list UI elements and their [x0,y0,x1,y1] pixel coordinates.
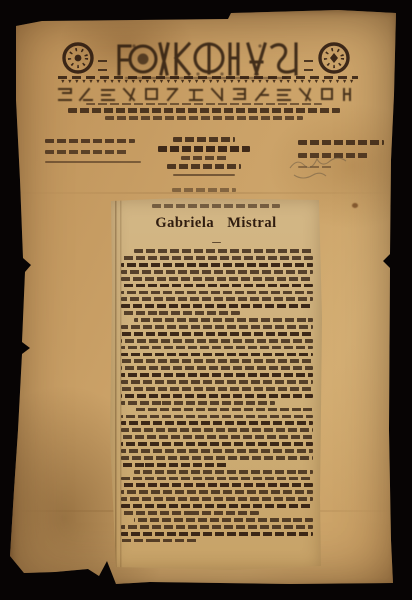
smudged-print-line [105,116,303,120]
masthead-subtitle-line-1 [10,108,398,113]
stencil-underline [10,103,398,105]
smudged-print-line [121,449,313,453]
smudged-print-line [121,297,313,301]
horizontal-crease [14,192,394,194]
smudged-print-line [121,477,313,481]
issue-info-left [45,139,145,163]
body-paragraph [121,249,313,315]
smudged-print-line [45,139,135,143]
masthead-triangle-fringe: ▼▼▼▼▼▼▼▼▼▼▼▼▼▼▼▼▼▼▼▼▼▼▼▼▼▼▼▼▼▼▼▼▼▼▼▼▼▼▼▼… [58,79,358,86]
smudged-print-line [121,539,198,543]
smudged-print-line [121,332,313,336]
masthead-stencil-banner [56,86,360,103]
article-body [121,249,313,542]
smudged-print-line [121,428,313,432]
article-title: Gabriela Mistral [110,215,322,232]
smudged-print-line [121,525,313,529]
smudged-print-line [121,325,313,329]
smudged-print-line [121,401,275,405]
rosette-left-icon [60,40,96,76]
smudged-print-line [172,188,236,192]
smudged-print-line [121,421,313,425]
smudged-print-line [86,103,322,105]
smudged-print-line [121,504,313,508]
ink-stain [352,203,358,208]
smudged-print-line [121,311,240,315]
smudged-print-line [121,442,313,446]
smudged-print-line [45,161,141,163]
smudged-print-line [134,470,313,474]
smudged-print-line [121,284,313,288]
article-dateline [110,198,322,208]
smudged-print-line [121,394,313,398]
smudged-print-line [134,518,313,522]
smudged-print-line [121,435,313,439]
smudged-print-line [121,256,313,260]
smudged-print-line [121,415,313,419]
body-paragraph [121,408,313,467]
smudged-print-line [121,277,313,281]
smudged-print-line [121,270,313,274]
smudged-print-line [134,318,313,322]
pencil-scribble [286,146,350,182]
masthead-dash-left [98,60,107,71]
smudged-print-line [121,490,313,494]
smudged-print-line [121,532,313,536]
smudged-print-line [152,204,280,208]
smudged-print-line [167,164,241,169]
smudged-print-line [173,137,235,142]
smudged-print-line [121,456,313,460]
smudged-print-line [212,242,221,244]
smudged-print-line [134,408,313,412]
smudged-print-line [121,483,313,487]
smudged-print-line [121,353,313,357]
issue-info-center [154,137,254,176]
smudged-print-line [121,359,313,363]
newspaper-sheet: ▼▼▼▼▼▼▼▼▼▼▼▼▼▼▼▼▼▼▼▼▼▼▼▼▼▼▼▼▼▼▼▼▼▼▼▼▼▼▼▼… [10,10,398,588]
caption-above-clipping [10,188,398,192]
smudged-print-line [45,150,129,154]
smudged-print-line [121,339,313,343]
smudged-print-line [121,304,313,308]
smudged-print-line [121,387,313,391]
title-dash [110,242,322,244]
smudged-print-line [158,146,250,152]
body-paragraph [121,470,313,515]
smudged-print-line [121,291,313,295]
smudged-print-line [121,373,313,377]
smudged-print-line [68,108,340,113]
smudged-print-line [121,497,313,501]
rosette-right-icon [316,40,352,76]
scanned-photo-background: ▼▼▼▼▼▼▼▼▼▼▼▼▼▼▼▼▼▼▼▼▼▼▼▼▼▼▼▼▼▼▼▼▼▼▼▼▼▼▼▼… [0,0,412,600]
smudged-print-line [121,463,227,467]
smudged-print-line [173,174,235,176]
body-paragraph [121,318,313,404]
smudged-print-line [121,511,259,515]
body-paragraph [121,518,313,542]
smudged-print-line [298,140,384,145]
smudged-print-line [181,156,227,160]
masthead-ornate-title [112,34,304,82]
masthead-subtitle-line-2 [10,116,398,120]
article-clipping: Gabriela Mistral [110,198,322,570]
masthead-dash-right [304,60,313,71]
smudged-print-line [121,380,313,384]
smudged-print-line [134,249,313,253]
smudged-print-line [121,366,313,370]
smudged-print-line [121,263,313,267]
smudged-print-line [121,346,313,350]
